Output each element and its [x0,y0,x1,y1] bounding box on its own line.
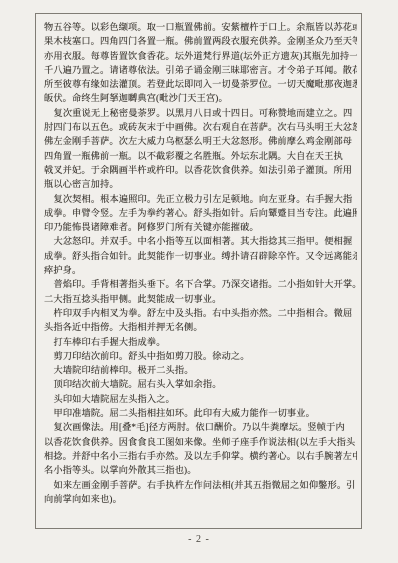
text-line: 打车棒印右手握大指成拳。 [44,335,357,349]
text-line: 戟叉并妃。于余隅画半杵或杵印。以香花饮食供养。如法引弟子灌顶。所用 [44,163,357,177]
text-line: 印乃能怖畏诸障难者。阿修罗门所有关键亦能摧破。 [44,220,357,234]
text-line: 瓶以心密言加持。 [44,177,357,191]
text-line: 头印如大墙院屈左头指入之。 [44,392,357,406]
text-line: 以香花饮食供养。因食食良工图如来像。坐师子座手作说法相(以左手大指头 [44,435,357,449]
text-line: 物五谷等。以彩色缬项。取一口瓶置佛前。安紫檀杵于口上。余瓶皆以苏花或 [44,20,357,34]
text-line: 千八遍乃置之。请诸尊依法。引弟子诵金刚三昧耶密言。才令弟子耳闻。散花 [44,63,357,77]
page-frame: 物五谷等。以彩色缬项。取一口瓶置佛前。安紫檀杵于口上。余瓶皆以苏花或果木枝塞口。… [35,13,362,529]
page-number: - 2 - [0,534,398,545]
text-line: 顶印结次前大墙院。屈右头入掌如余指。 [44,377,357,391]
text-line: 复次重说无上秘密曼荼罗。以黑月八日或十四日。可称赞地而建立之。四 [44,106,357,120]
text-line: 四角置一瓶佛前一瓶。以不截彩覆之名胜瓶。外坛东北隅。大自在天王执 [44,149,357,163]
text-line: 杵印双手内相叉为拳。舒左中及头指。右中头指亦然。二中指相合。微屈 [44,306,357,320]
text-line: 名小指等头。以掌向外散其三指也)。 [44,463,357,477]
text-line: 普焰印。手背相著指头垂下。名下合掌。乃深交诸指。二小指如针大开掌。 [44,277,357,291]
text-line: 皈伏。命终生阿拏迦嚩典宫(毗沙门天王宫)。 [44,91,357,105]
text-line: 头指各近中指傍。大指相并押无名侧。 [44,320,357,334]
text-line: 果木枝塞口。四角四门各置一瓶。佛前置两段衣服充供养。金刚圣众乃至天等 [44,34,357,48]
text-line: 如来左画金刚手菩萨。右手执杵左作问法相(并其五指微屈之如仰鐅形。引 [44,478,357,492]
text-line: 大墙院印结前棒印。极开二头指。 [44,363,357,377]
text-line: 相捻。并舒中名小三指右手亦然。及以左手仰掌。横约著心。以右手腕著左中 [44,449,357,463]
text-line: 所至彼尊有缘如法灌顶。若登此坛即同入一切曼荼罗位。一切天魔毗那夜迦悉 [44,77,357,91]
text-line: 成拳。申臂令竖。左手为拳约著心。舒头指如针。后向颦蹙目当专注。此遍照 [44,206,357,220]
text-line: 甲印准墙院。屈二头指相拄如环。此印有大威力能作一切事业。 [44,406,357,420]
scanned-page: 物五谷等。以彩色缬项。取一口瓶置佛前。安紫檀杵于口上。余瓶皆以苏花或果木枝塞口。… [0,0,398,563]
text-line: 复次画像法。用[叠*毛]径方两肘。依口酬价。乃以牛粪摩坛。竖帧于内 [44,420,357,434]
text-line: 成拳。舒头指合如针。此契能作一切事业。缚扑请召辟除卒忤。又令远离能杀 [44,249,357,263]
text-line: 复次契相。根本遍照印。先正立极力引左足顿地。向左亚身。右手握大指 [44,192,357,206]
text-line: 大忿怒印。并双手。中名小指等互以面相著。其大指捻其三指甲。便相握 [44,234,357,248]
text-line: 二大指互捻头指甲侧。此契能成一切事业。 [44,292,357,306]
text-line: 瘁护身。 [44,263,357,277]
text-line: 肘四门布以五色。或砖灰末于中画佛。次右观自在菩萨。次右马头明王大忿怒 [44,120,357,134]
text-line: 向前掌向如来也)。 [44,492,357,506]
text-line: 亦用衣服。每尊皆置饮食香花。坛外道梵行界道(坛外正方遗灰)其瓶先加持一 [44,49,357,63]
text-body: 物五谷等。以彩色缬项。取一口瓶置佛前。安紫檀杵于口上。余瓶皆以苏花或果木枝塞口。… [44,20,357,506]
text-line: 佛左金刚手菩萨。次左大威力乌枢瑟么明王大忿怒形。佛前摩么鸡金刚部母 [44,134,357,148]
text-line: 剪刀印结次前印。舒头中指如剪刀股。徐动之。 [44,349,357,363]
